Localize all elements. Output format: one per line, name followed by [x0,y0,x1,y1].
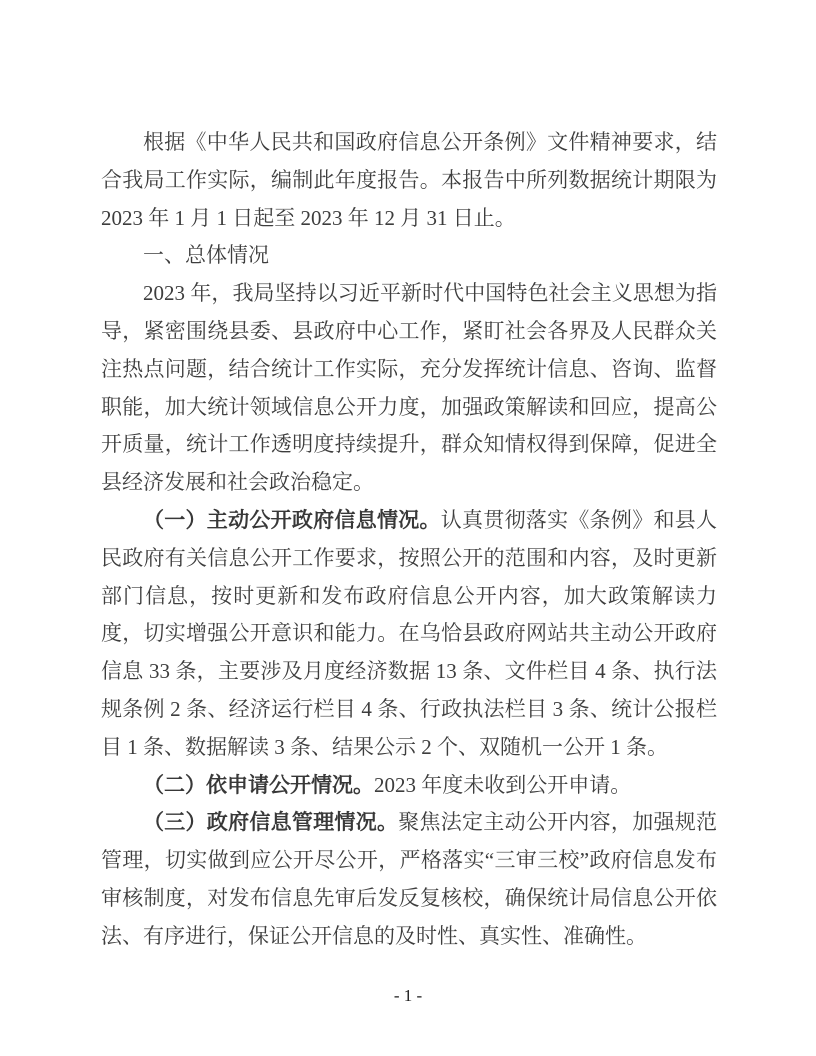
subsection-heading-information-management: （三）政府信息管理情况。 [143,810,398,834]
overall-situation-paragraph: 2023 年，我局坚持以习近平新时代中国特色社会主义思想为指导，紧密围绕县委、县… [101,275,717,502]
subsection-disclosure-upon-request: （二）依申请公开情况。2023 年度未收到公开申请。 [101,767,717,805]
subsection-heading-disclosure-upon-request: （二）依申请公开情况。 [143,773,374,797]
intro-paragraph: 根据《中华人民共和国政府信息公开条例》文件精神要求，结合我局工作实际，编制此年度… [101,124,717,237]
paragraph-text: 2023 年度未收到公开申请。 [374,773,631,797]
document-page: 根据《中华人民共和国政府信息公开条例》文件精神要求，结合我局工作实际，编制此年度… [0,0,816,1056]
heading-text: 一、总体情况 [143,243,269,267]
paragraph-text: 认真贯彻落实《条例》和县人民政府有关信息公开工作要求，按照公开的范围和内容，及时… [101,508,717,759]
subsection-proactive-disclosure: （一）主动公开政府信息情况。认真贯彻落实《条例》和县人民政府有关信息公开工作要求… [101,502,717,767]
section-heading-overall: 一、总体情况 [101,237,717,275]
subsection-heading-proactive-disclosure: （一）主动公开政府信息情况。 [143,508,441,532]
subsection-information-management: （三）政府信息管理情况。聚焦法定主动公开内容，加强规范管理，切实做到应公开尽公开… [101,804,717,955]
paragraph-text: 根据《中华人民共和国政府信息公开条例》文件精神要求，结合我局工作实际，编制此年度… [101,130,717,230]
paragraph-text: 2023 年，我局坚持以习近平新时代中国特色社会主义思想为指导，紧密围绕县委、县… [101,281,717,494]
page-number: - 1 - [0,986,816,1006]
document-body: 根据《中华人民共和国政府信息公开条例》文件精神要求，结合我局工作实际，编制此年度… [101,124,717,956]
